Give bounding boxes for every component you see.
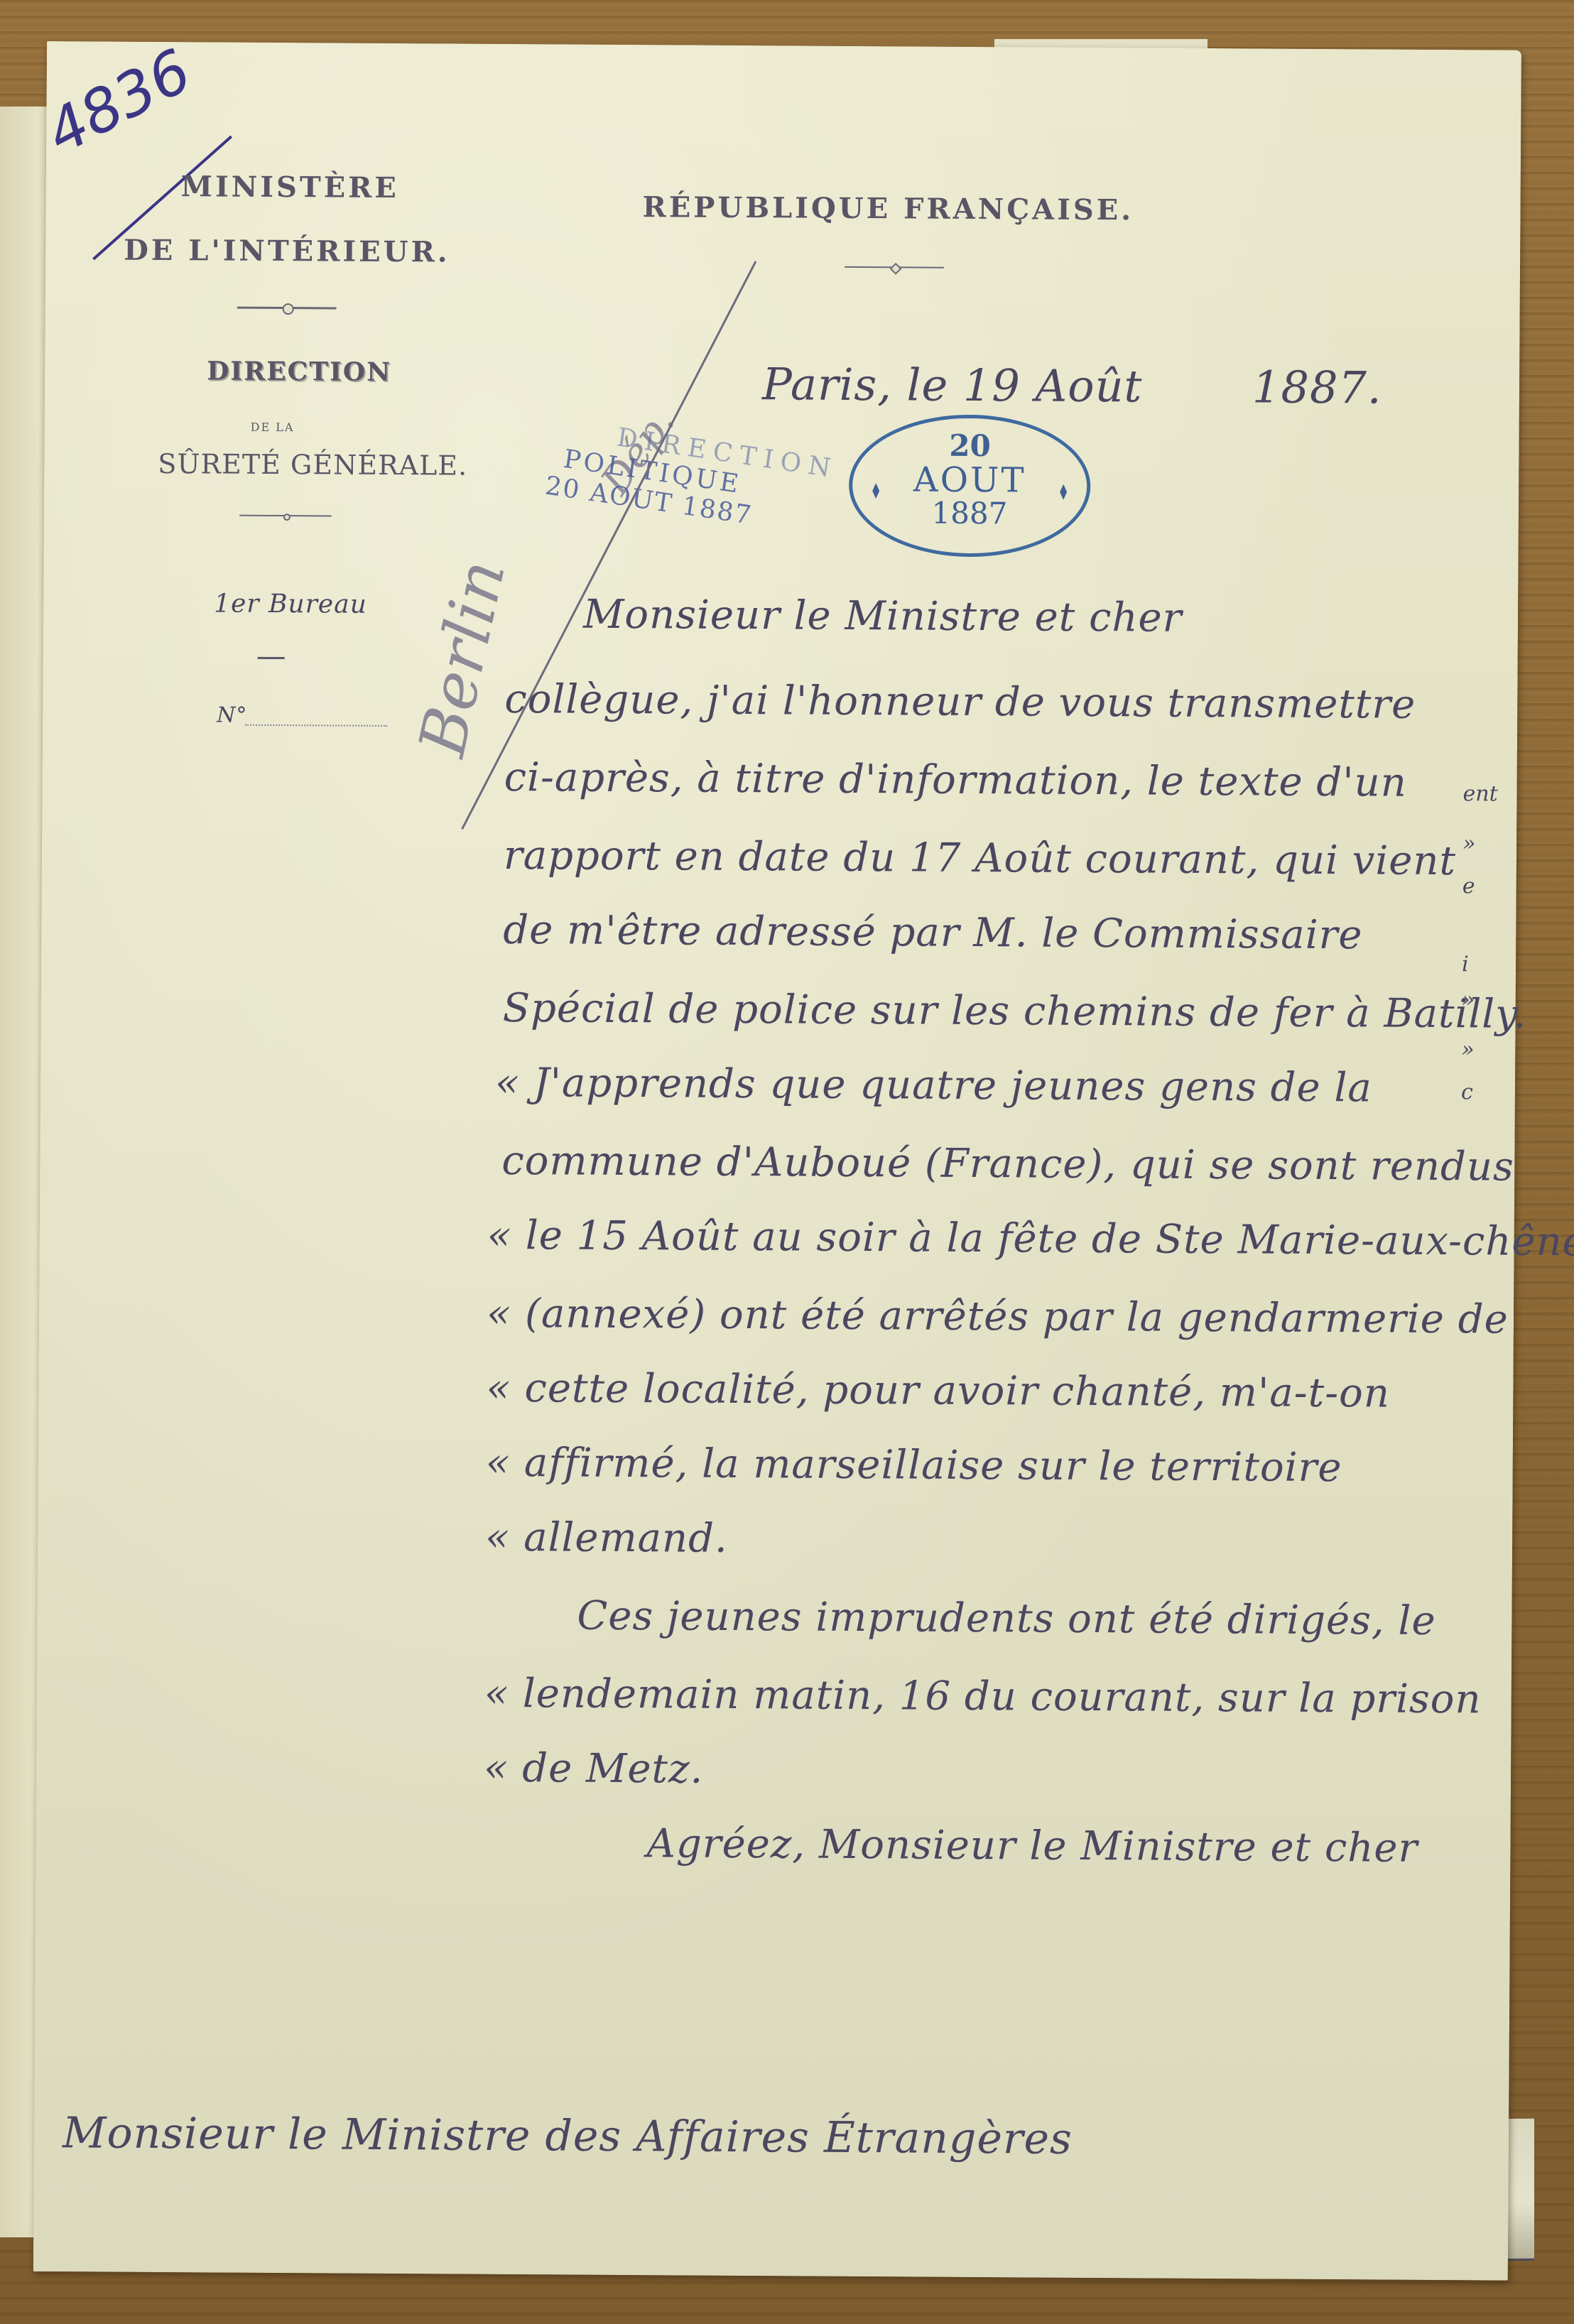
de-la-label: DE LA [251,420,295,434]
body-line: « lendemain matin, 16 du courant, sur la… [484,1671,1482,1723]
surete-generale-heading: SÛRETÉ GÉNÉRALE. [158,448,467,482]
pencil-annotation-berlin: Berlin [405,554,520,763]
body-line: « (annexé) ont été arrêtés par la gendar… [487,1291,1509,1343]
body-line: Spécial de police sur les chemins de fer… [502,985,1526,1038]
margin-mark: e [1462,874,1475,898]
body-line: « J'apprends que quatre jeunes gens de l… [495,1060,1372,1112]
political-direction-stamp: DIRECTION POLITIQUE 20 AOUT 1887 [543,413,840,541]
margin-mark: » [1461,1037,1475,1062]
body-line: ci-après, à titre d'information, le text… [504,754,1406,806]
margin-mark: c [1461,1080,1473,1104]
pencil-strike-line [461,261,756,830]
body-line: de m'être adressé par M. le Commissaire [503,907,1363,958]
margin-mark: i [1462,952,1469,977]
stamp-year: 1887 [852,495,1087,531]
ministry-title-line1: MINISTÈRE [181,170,399,205]
body-line: « cette localité, pour avoir chanté, m'a… [486,1365,1390,1417]
direction-heading: DIRECTION [207,356,391,387]
dateline-place-date: Paris, le 19 Août [762,358,1143,412]
body-line: commune d'Auboué (France), qui se sont r… [501,1138,1514,1190]
received-date-stamp: 20 AOUT 1887 [849,414,1091,558]
body-line: « allemand. [485,1514,728,1562]
number-label: N° [217,702,247,727]
body-line: « de Metz. [484,1745,704,1793]
ornament-divider-icon [237,307,337,310]
margin-mark: » [1462,831,1476,856]
republic-heading: RÉPUBLIQUE FRANÇAISE. [642,190,1134,227]
margin-mark: » [1462,987,1475,1012]
body-line: « affirmé, la marseillaise sur le territ… [486,1440,1342,1491]
ornament-divider-icon [845,266,944,268]
addressee-line: Monsieur le Ministre des Affaires Étrang… [63,2108,1073,2164]
margin-mark: ent [1462,781,1497,806]
ministry-title-line2: DE L'INTÉRIEUR. [124,234,450,269]
bureau-divider [258,657,285,659]
body-line: rapport en date du 17 Août courant, qui … [504,832,1456,884]
archive-number: 4836 [35,36,202,168]
bureau-label: 1er Bureau [214,589,367,619]
number-field-line [245,724,387,727]
body-line: collègue, j'ai l'honneur de vous transme… [504,676,1416,728]
body-line: Ces jeunes imprudents ont été dirigés, l… [577,1593,1435,1644]
letter-page: 4836 MINISTÈRE DE L'INTÉRIEUR. DIRECTION… [33,41,1521,2281]
dateline-year: 1887. [1252,361,1382,413]
ornament-divider-icon [239,515,332,517]
body-line: « le 15 Août au soir à la fête de Ste Ma… [487,1212,1574,1266]
body-line: Agréez, Monsieur le Ministre et cher [646,1820,1418,1872]
body-line: Monsieur le Ministre et cher [583,592,1183,641]
stamp-day: 20 [852,428,1087,464]
